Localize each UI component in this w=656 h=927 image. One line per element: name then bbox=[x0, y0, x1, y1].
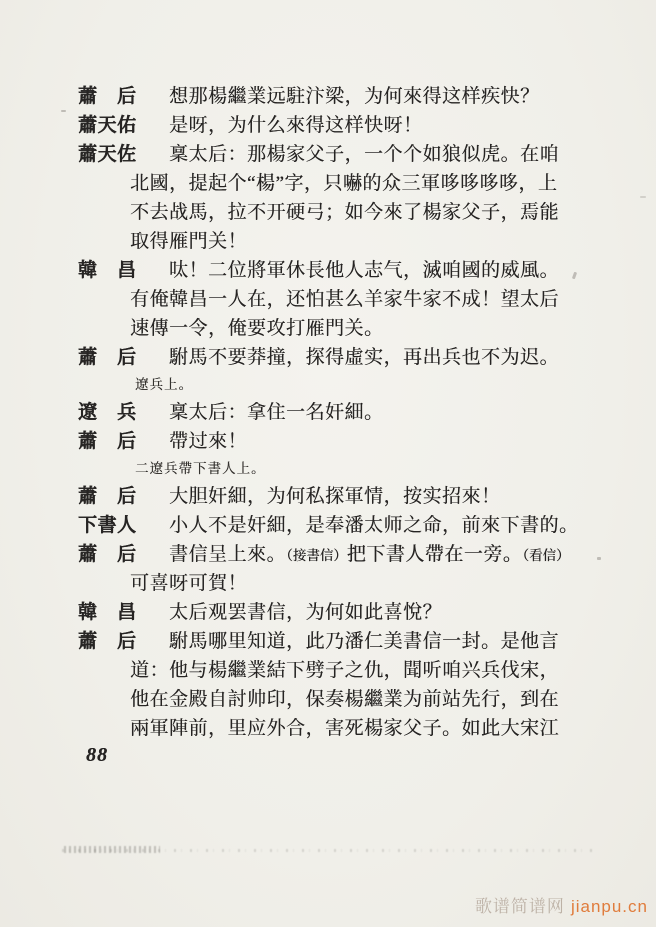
dialogue-text: 有俺韓昌一人在，还怕甚么羊家牛家不成！望太后 bbox=[130, 284, 559, 311]
paper-speck bbox=[640, 196, 646, 198]
script-line: 速傳一令，俺要攻打雁門关。 bbox=[78, 312, 598, 341]
dialogue-text: 兩軍陣前，里应外合，害死楊家父子。如此大宋江 bbox=[130, 713, 559, 740]
script-line: 蕭天佐稟太后：那楊家父子，一个个如狼似虎。在咱 bbox=[78, 138, 598, 167]
script-line: 他在金殿自討帅印，保奏楊繼業为前站先行，到在 bbox=[78, 683, 598, 712]
stage-direction-text: 遼兵上。 bbox=[135, 373, 193, 393]
dialogue-text: 大胆奸細，为何私探軍情，按实招來！ bbox=[169, 481, 501, 508]
script-line: 可喜呀可賀！ bbox=[78, 567, 598, 596]
script-line: 韓 昌太后观罢書信，为何如此喜悅？ bbox=[78, 596, 598, 625]
dialogue-text: 北國，提起个“楊”字，只嚇的众三軍哆哆哆哆，上 bbox=[130, 168, 557, 195]
speaker-name: 蕭 后 bbox=[78, 426, 138, 453]
script-line: 蕭 后想那楊繼業远駐汴梁，为何來得这样疾快？ bbox=[78, 80, 598, 109]
page-number: 88 bbox=[86, 744, 108, 767]
watermark-site-url: jianpu.cn bbox=[571, 897, 648, 916]
script-line: 有俺韓昌一人在，还怕甚么羊家牛家不成！望太后 bbox=[78, 283, 598, 312]
dialogue-text: 稟太后：拿住一名奸細。 bbox=[169, 397, 384, 424]
script-line: 蕭 后帶过來！ bbox=[78, 425, 598, 454]
speaker-name: 蕭 后 bbox=[78, 539, 138, 566]
dialogue-text: 小人不是奸細，是奉潘太师之命，前來下書的。 bbox=[169, 510, 579, 537]
paper-speck bbox=[597, 557, 601, 560]
script-line: 道：他与楊繼業結下劈子之仇，聞听咱兴兵伐宋， bbox=[78, 654, 598, 683]
speaker-name: 蕭 后 bbox=[78, 481, 138, 508]
dialogue-text: 是呀，为什么來得这样快呀！ bbox=[169, 110, 423, 137]
speaker-name: 下書人 bbox=[78, 510, 138, 537]
paper-speck bbox=[61, 110, 66, 112]
speaker-name: 韓 昌 bbox=[78, 597, 138, 624]
dialogue-text: 速傳一令，俺要攻打雁門关。 bbox=[130, 313, 384, 340]
dialogue-text: 可喜呀可賀！ bbox=[130, 568, 247, 595]
dialogue-text: 駙馬不要莽撞，探得虛实，再出兵也不为迟。 bbox=[169, 342, 559, 369]
watermark: 歌谱简谱网jianpu.cn bbox=[475, 892, 648, 917]
script-line: 蕭天佑是呀，为什么來得这样快呀！ bbox=[78, 109, 598, 138]
script-line: 蕭 后大胆奸細，为何私探軍情，按实招來！ bbox=[78, 480, 598, 509]
inline-stage-note: （接書信） bbox=[286, 548, 347, 563]
dialogue-text: 呔！二位將軍休長他人志气，滅咱國的威風。 bbox=[169, 255, 559, 282]
script-line: 韓 昌呔！二位將軍休長他人志气，滅咱國的威風。 bbox=[78, 254, 598, 283]
speaker-name: 遼 兵 bbox=[78, 397, 138, 424]
speaker-name: 蕭天佐 bbox=[78, 139, 138, 166]
speaker-name: 蕭 后 bbox=[78, 342, 138, 369]
speaker-name: 蕭天佑 bbox=[78, 110, 138, 137]
stage-direction-text: 二遼兵帶下書人上。 bbox=[135, 457, 266, 477]
dialogue-text: 道：他与楊繼業結下劈子之仇，聞听咱兴兵伐宋， bbox=[130, 655, 559, 682]
script-line: 北國，提起个“楊”字，只嚇的众三軍哆哆哆哆，上 bbox=[78, 167, 598, 196]
stage-direction: 遼兵上。 bbox=[78, 370, 598, 396]
script-line: 下書人小人不是奸細，是奉潘太师之命，前來下書的。 bbox=[78, 509, 598, 538]
script-line: 蕭 后書信呈上來。（接書信）把下書人帶在一旁。（看信） bbox=[78, 538, 598, 567]
dialogue-text: 稟太后：那楊家父子，一个个如狼似虎。在咱 bbox=[169, 139, 559, 166]
speaker-name: 蕭 后 bbox=[78, 81, 138, 108]
inline-stage-note: （看信） bbox=[522, 548, 569, 563]
dialogue-text: 太后观罢書信，为何如此喜悅？ bbox=[169, 597, 442, 624]
speaker-name: 蕭 后 bbox=[78, 626, 138, 653]
scan-smudge-cluster bbox=[64, 846, 160, 853]
dialogue-text: 他在金殿自討帅印，保奏楊繼業为前站先行，到在 bbox=[130, 684, 559, 711]
dialogue-text: 帶过來！ bbox=[169, 426, 247, 453]
script-line: 蕭 后駙馬哪里知道，此乃潘仁美書信一封。是他言 bbox=[78, 625, 598, 654]
dialogue-text: 駙馬哪里知道，此乃潘仁美書信一封。是他言 bbox=[169, 626, 559, 653]
script-line: 蕭 后駙馬不要莽撞，探得虛实，再出兵也不为迟。 bbox=[78, 341, 598, 370]
script-line: 兩軍陣前，里应外合，害死楊家父子。如此大宋江 bbox=[78, 712, 598, 741]
stage-direction: 二遼兵帶下書人上。 bbox=[78, 454, 598, 480]
dialogue-text: 書信呈上來。（接書信）把下書人帶在一旁。（看信） bbox=[169, 539, 570, 566]
script-line: 不去战馬，拉不开硬弓；如今來了楊家父子，焉能 bbox=[78, 196, 598, 225]
script-body: 蕭 后想那楊繼業远駐汴梁，为何來得这样疾快？蕭天佑是呀，为什么來得这样快呀！蕭天… bbox=[78, 80, 598, 741]
script-line: 取得雁門关！ bbox=[78, 225, 598, 254]
scanned-book-page: 蕭 后想那楊繼業远駐汴梁，为何來得这样疾快？蕭天佑是呀，为什么來得这样快呀！蕭天… bbox=[0, 0, 656, 927]
script-line: 遼 兵稟太后：拿住一名奸細。 bbox=[78, 396, 598, 425]
watermark-site-name: 歌谱简谱网 bbox=[475, 897, 565, 916]
dialogue-text: 想那楊繼業远駐汴梁，为何來得这样疾快？ bbox=[169, 81, 540, 108]
dialogue-text: 不去战馬，拉不开硬弓；如今來了楊家父子，焉能 bbox=[130, 197, 559, 224]
dialogue-text: 取得雁門关！ bbox=[130, 226, 247, 253]
speaker-name: 韓 昌 bbox=[78, 255, 138, 282]
